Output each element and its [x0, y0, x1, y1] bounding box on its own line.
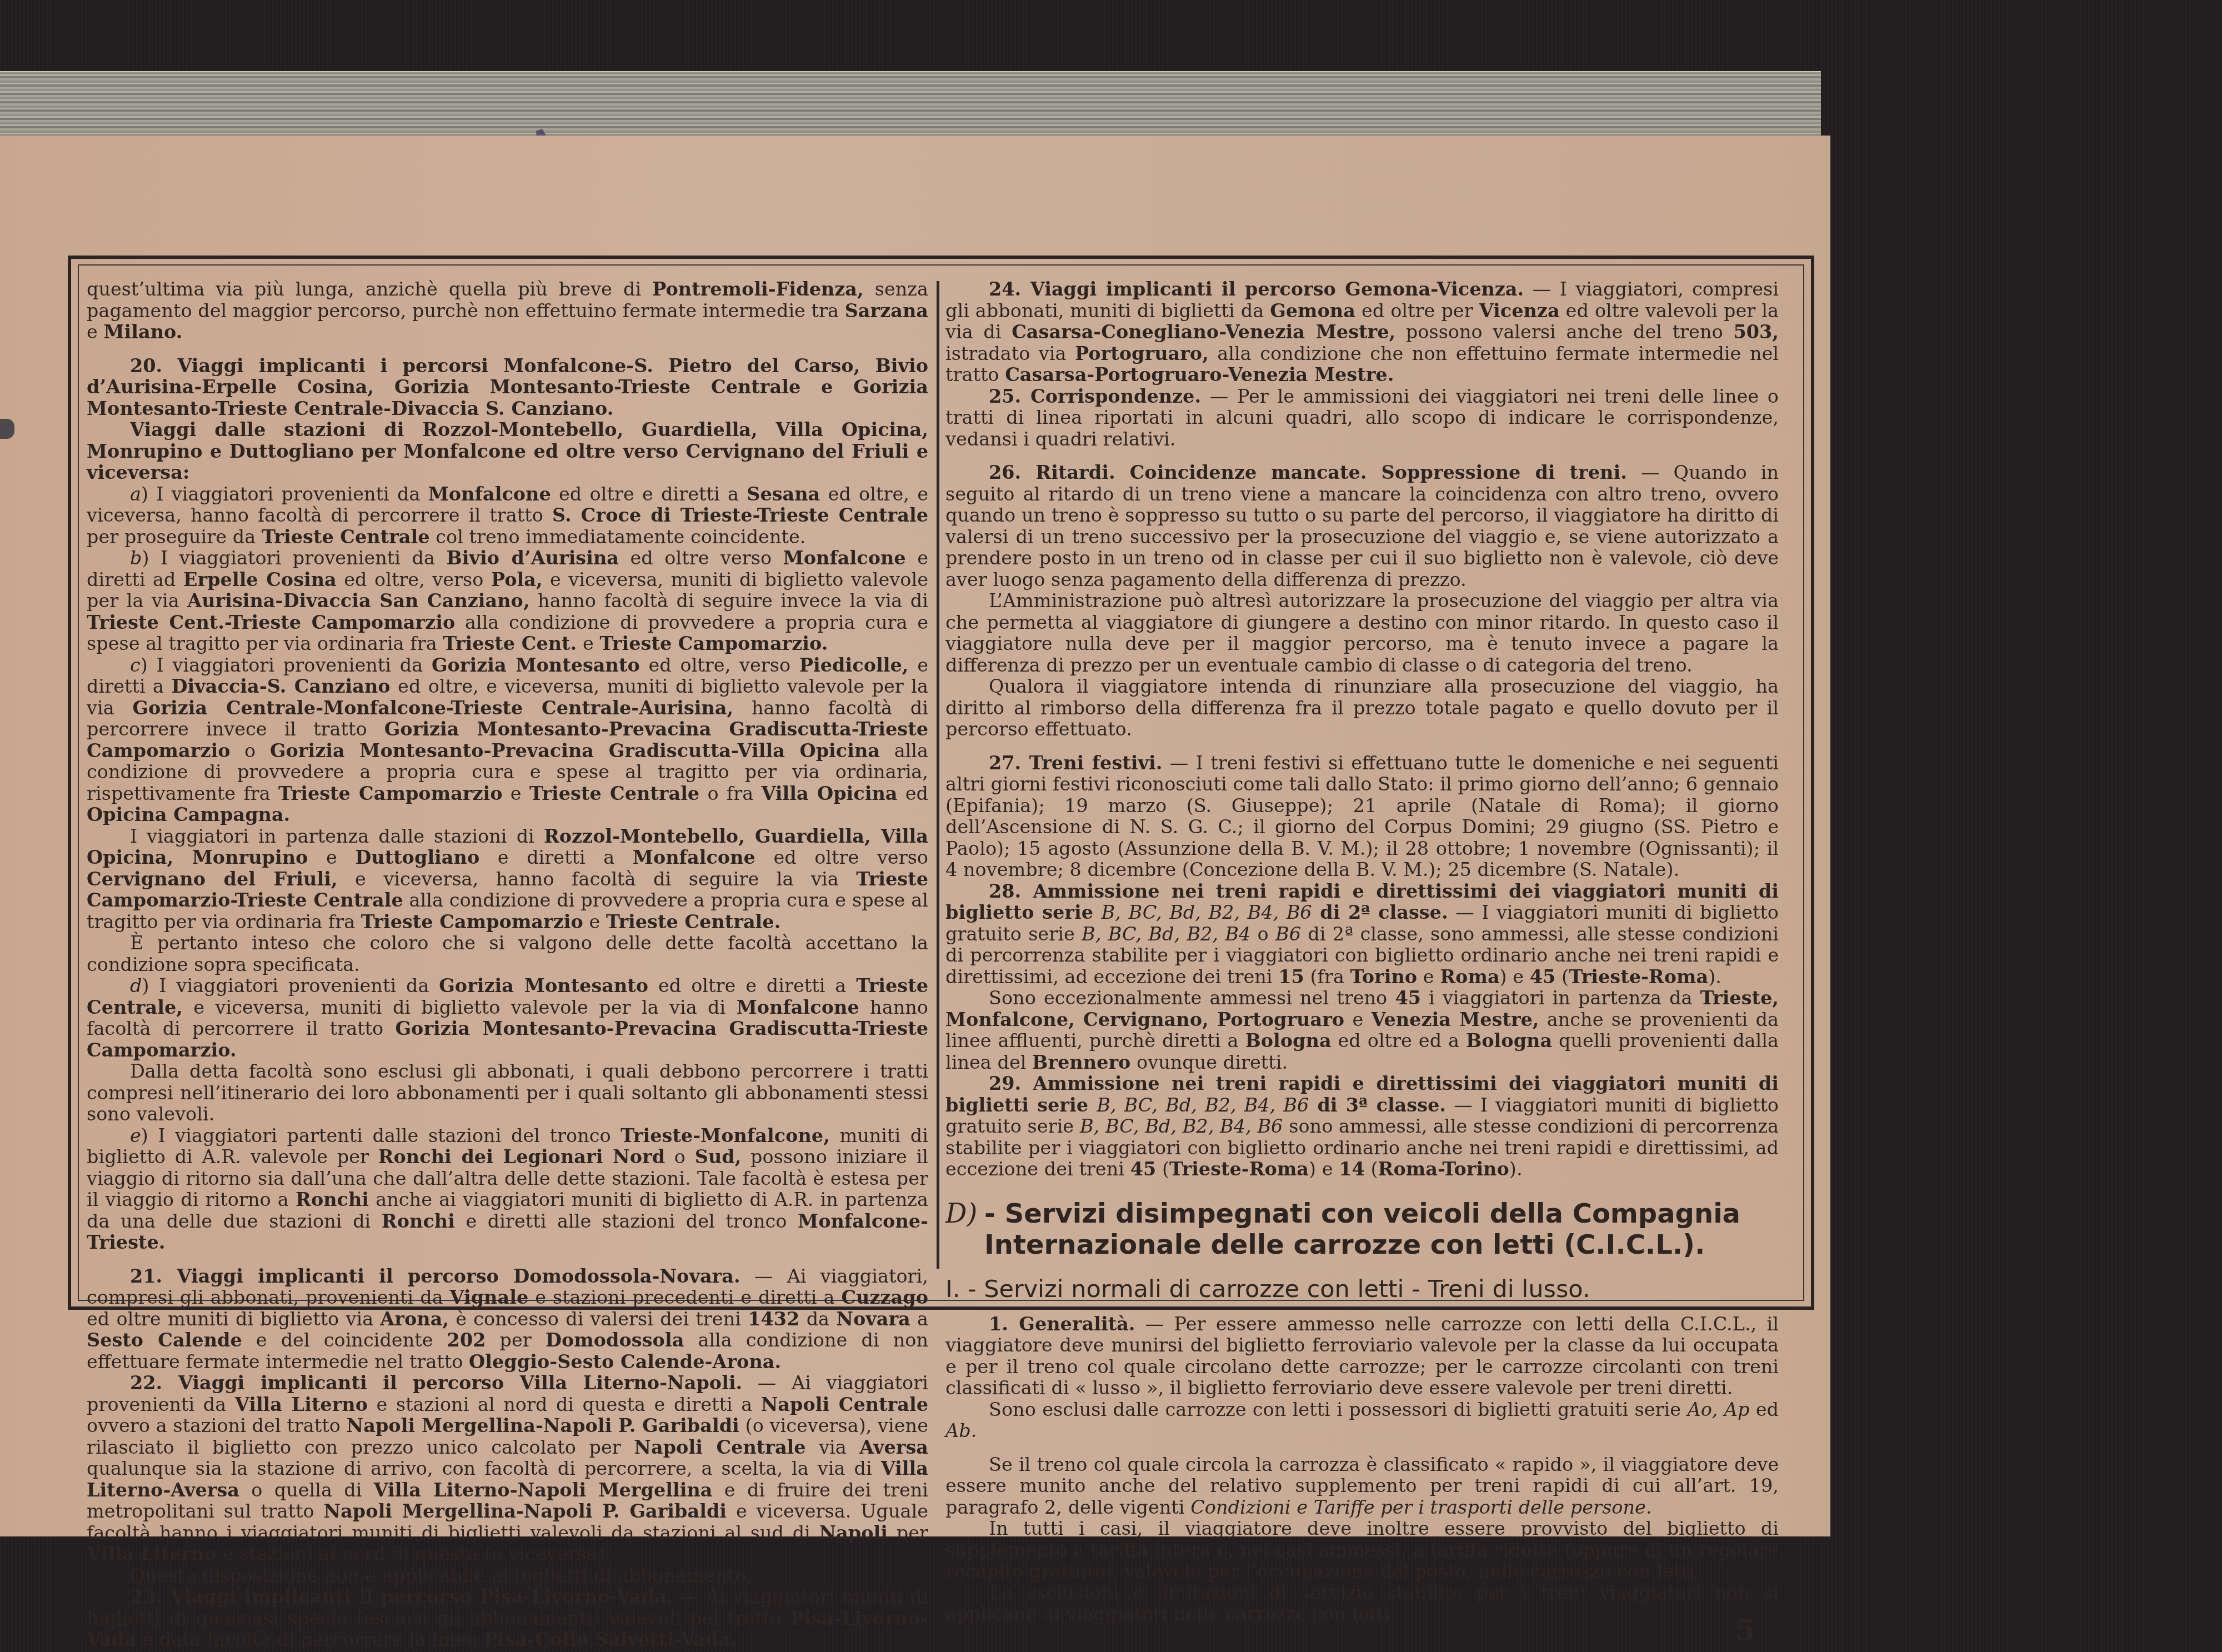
paragraph: Le esclusioni e limitazioni di servizio …	[945, 1583, 1779, 1625]
right-column: 24. Viaggi implicanti il percorso Gemona…	[945, 279, 1779, 1625]
section-d-letter: D)	[945, 1198, 977, 1229]
paragraph: 23. Viaggi implicanti il percorso Pisa-L…	[87, 1586, 928, 1651]
cicl-paragraphs: 1. Generalità. — Per essere ammesso nell…	[945, 1314, 1779, 1625]
paragraph: b) I viaggiatori provenienti da Bivio d’…	[87, 548, 928, 655]
paragraph: d) I viaggiatori provenienti da Gorizia …	[87, 975, 928, 1061]
section-d-heading: D) - Servizi disimpegnati con veicoli de…	[945, 1198, 1779, 1260]
book-page-edges: BIBLIOTECA BIBLIOTECA	[0, 71, 1821, 138]
paragraph: Se il treno col quale circola la carrozz…	[945, 1454, 1779, 1519]
paragraph: Qualora il viaggiatore intenda di rinunz…	[945, 676, 1779, 740]
paragraph: 1. Generalità. — Per essere ammesso nell…	[945, 1314, 1779, 1399]
book-page: quest’ultima via più lunga, anzichè quel…	[0, 136, 1830, 1536]
paragraph: Dalla detta facoltà sono esclusi gli abb…	[87, 1061, 928, 1125]
paragraph: 26. Ritardi. Coincidenze mancate. Soppre…	[945, 462, 1779, 590]
paragraph: 25. Corrispondenze. — Per le ammissioni …	[945, 386, 1779, 450]
paragraph: 24. Viaggi implicanti il percorso Gemona…	[945, 279, 1779, 386]
paragraph: In tutti i casi, il viaggiatore deve ino…	[945, 1518, 1779, 1583]
paragraph: 21. Viaggi implicanti il percorso Domodo…	[87, 1266, 928, 1373]
paragraph: I viaggiatori in partenza dalle stazioni…	[87, 826, 928, 933]
paragraph: 22. Viaggi implicanti il percorso Villa …	[87, 1373, 928, 1565]
paragraph: 27. Treni festivi. — I treni festivi si …	[945, 753, 1779, 881]
paragraph: 20. Viaggi implicanti i percorsi Monfalc…	[87, 356, 928, 420]
paragraph: quest’ultima via più lunga, anzichè quel…	[87, 279, 928, 343]
paragraph: 28. Ammissione nei treni rapidi e dirett…	[945, 881, 1779, 988]
paragraph: Questa disposizione non è applicabile ai…	[87, 1565, 928, 1587]
paragraph: a) I viaggiatori provenienti da Monfalco…	[87, 484, 928, 548]
left-column-paragraphs: quest’ultima via più lunga, anzichè quel…	[87, 279, 928, 1651]
binding-clip-icon	[0, 419, 14, 439]
right-column-paragraphs: 24. Viaggi implicanti il percorso Gemona…	[945, 279, 1779, 1180]
left-column: quest’ultima via più lunga, anzichè quel…	[87, 279, 928, 1651]
paragraph: È pertanto inteso che coloro che si valg…	[87, 933, 928, 975]
page-number: 5	[1735, 1613, 1755, 1647]
paragraph: Sono esclusi dalle carrozze con letti i …	[945, 1399, 1779, 1442]
section-d-title: - Servizi disimpegnati con veicoli della…	[984, 1198, 1740, 1260]
text-frame: quest’ultima via più lunga, anzichè quel…	[68, 256, 1814, 1310]
paragraph: Viaggi dalle stazioni di Rozzol-Montebel…	[87, 419, 928, 484]
paragraph: c) I viaggiatori provenienti da Gorizia …	[87, 655, 928, 826]
paragraph: L’Amministrazione può altresì autorizzar…	[945, 590, 1779, 676]
column-divider	[937, 281, 939, 1269]
paragraph: 29. Ammissione nei treni rapidi e dirett…	[945, 1073, 1779, 1180]
paragraph: Sono eccezionalmente ammessi nel treno 4…	[945, 988, 1779, 1073]
subsection-i-heading: I. - Servizi normali di carrozze con let…	[945, 1275, 1779, 1304]
paragraph: e) I viaggiatori partenti dalle stazioni…	[87, 1125, 928, 1254]
